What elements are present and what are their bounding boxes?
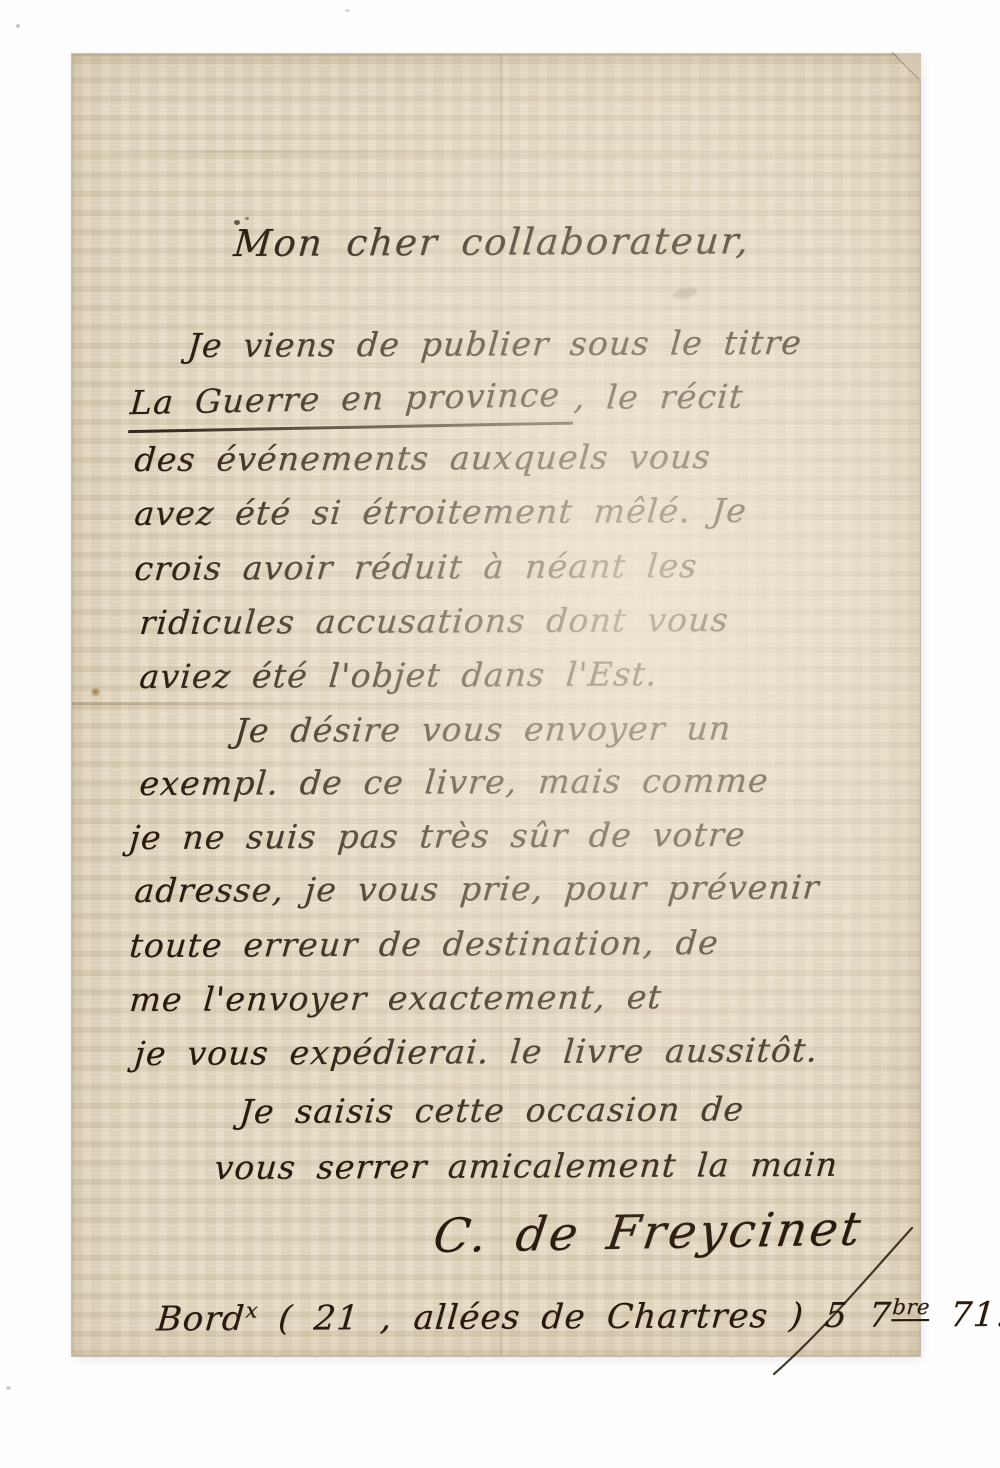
body-line-p1-7: aviez été l'objet dans l'Est.: [138, 654, 659, 696]
closing-line-1: Je saisis cette occasion de: [238, 1089, 746, 1131]
body-line-p1-4: avez été si étroitement mêlé. Je: [133, 491, 749, 533]
body-line-p1-5: crois avoir réduit à néant les: [133, 546, 699, 588]
body-line-p2-3: je ne suis pas très sûr de votre: [128, 815, 747, 857]
dust-speck: [6, 1386, 11, 1390]
body-line-p1-2: La Guerre en province, le récit: [128, 377, 745, 430]
body-line-p1-3: des événements auxquels vous: [133, 437, 713, 479]
body-line-p2-2: exempl. de ce livre, mais comme: [138, 761, 770, 803]
dateline-month-superscript: bre: [891, 1294, 931, 1319]
body-line-p2-4: adresse, je vous prie, pour prévenir: [133, 867, 821, 910]
fold-crease-middle: [72, 702, 920, 705]
dateline: Bordx ( 21 , allées de Chartres ) 5 7bre…: [155, 1294, 1000, 1340]
letter-paper-sheet: Mon cher collaborateur, Je viens de publ…: [72, 54, 920, 1356]
body-line-p2-5: toute erreur de destination, de: [128, 923, 721, 965]
dateline-address: ( 21 , allées de Chartres ) 5 7: [256, 1295, 894, 1338]
closing-line-2: vous serrer amicalement la main: [213, 1145, 840, 1187]
foxing-spot: [90, 687, 101, 697]
body-line-p1-1: Je viens de publier sous le titre: [186, 323, 804, 365]
body-line-p1-6: ridicules accusations dont vous: [138, 600, 730, 642]
body-line-p2-1: Je désire vous envoyer un: [233, 708, 733, 750]
signature: C. de Freycinet: [430, 1202, 867, 1264]
salutation-line: Mon cher collaborateur,: [232, 219, 752, 265]
scan-background: Mon cher collaborateur, Je viens de publ…: [0, 0, 1000, 1468]
body-line-p2-6: me l'envoyer exactement, et: [128, 977, 664, 1019]
body-line-p2-7: je vous expédierai. le livre aussitôt.: [133, 1030, 820, 1073]
ink-smudge: [671, 285, 699, 300]
underlined-book-title: La Guerre en province: [128, 375, 576, 434]
body-line-p1-2-rest: , le récit: [573, 377, 745, 417]
corner-fold: [895, 53, 921, 79]
dateline-year: 71.: [928, 1295, 1000, 1335]
fold-crease-top: [72, 150, 920, 153]
dateline-place: Bord: [155, 1299, 247, 1339]
dust-speck: [16, 24, 20, 28]
dust-speck: [345, 9, 350, 12]
